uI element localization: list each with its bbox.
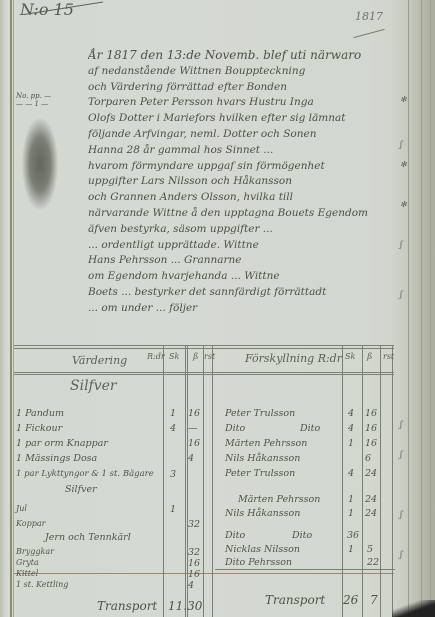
- margin-note: No. pp. — — — 1 —: [16, 92, 51, 108]
- value-rdr: 1: [170, 408, 176, 419]
- body-line: Ǻr 1817 den 13:de Novemb. blef uti närwa…: [88, 48, 396, 64]
- value-ss: 22: [367, 557, 379, 568]
- value-sk: 1: [348, 544, 354, 555]
- header-sk: Sk: [169, 352, 179, 361]
- margin-note-line: — — 1 —: [16, 100, 51, 108]
- body-line: ... om under ... följer: [88, 301, 396, 317]
- body-line: Olofs Dotter i Mariefors hvilken efter s…: [88, 111, 396, 127]
- page-shadow: [392, 600, 435, 617]
- margin-mark: ʃ: [400, 290, 402, 299]
- person-name: Märten Pehrsson: [225, 438, 307, 449]
- header-rst: rst: [204, 352, 215, 361]
- value-ss: 24: [365, 494, 377, 505]
- person-name: Märten Pehrsson: [238, 494, 320, 505]
- table-rule: [14, 345, 394, 346]
- binding-line: [13, 0, 14, 617]
- person-name: Nils Håkansson: [225, 508, 300, 519]
- body-line: närvarande Wittne å den upptagna Bouets …: [88, 206, 396, 222]
- person-name: Dito: [225, 423, 245, 434]
- transport-rdr: 26: [343, 593, 358, 607]
- margin-mark: ʃ: [400, 550, 402, 559]
- item-name: Koppar: [16, 519, 45, 528]
- margin-note-line: No. pp. —: [16, 92, 51, 100]
- value-sk: 36: [347, 530, 359, 541]
- column-rule: [342, 345, 343, 617]
- column-rule: [212, 345, 213, 617]
- person-name-ditto: Dito: [300, 423, 320, 434]
- transport-label: Transport: [97, 599, 157, 613]
- person-name: Peter Trulsson: [225, 468, 295, 479]
- item-name: 1 par Lykttyngor & 1 st. Bägare: [16, 469, 154, 479]
- table-rule: [14, 372, 394, 373]
- margin-mark: ✻: [400, 95, 407, 104]
- margin-mark: ✻: [400, 160, 407, 169]
- column-rule: [362, 345, 363, 617]
- item-name: Jern och Tennkärl: [45, 532, 131, 543]
- header-forskyllning: Förskyllning R:dr: [245, 352, 342, 365]
- value-sk: 4: [188, 453, 194, 464]
- item-name: 1 Fickour: [16, 423, 62, 434]
- value-rdr: 4: [170, 423, 176, 434]
- body-line: om Egendom hvarjehanda ... Wittne: [88, 269, 396, 285]
- year-stamp: 1817: [355, 10, 383, 23]
- body-line: och Värdering förrättad efter Bonden: [88, 80, 396, 96]
- column-rule: [392, 345, 393, 617]
- person-name: Peter Trulsson: [225, 408, 295, 419]
- year-underline: [353, 29, 384, 38]
- value-sk: 16: [188, 408, 200, 419]
- body-line: följande Arfvingar, neml. Dotter och Son…: [88, 127, 396, 143]
- value-sk: 4: [348, 468, 354, 479]
- person-name: Nils Håkansson: [225, 453, 300, 464]
- header-rdr: R:dr: [147, 352, 165, 361]
- item-name: Bryggkar: [16, 547, 54, 556]
- value-sk: 1: [348, 508, 354, 519]
- item-name: 1 par orm Knappar: [16, 438, 108, 449]
- document-page: N:o 15 1817 No. pp. — — — 1 — Ǻr 1817 de…: [0, 0, 435, 617]
- transport-label: Transport: [265, 593, 325, 607]
- binding-line: [10, 0, 12, 617]
- value-sk: 32: [188, 519, 200, 530]
- value-ss: 16: [365, 423, 377, 434]
- section-title-silfver: Silfver: [70, 378, 117, 394]
- wax-seal-icon: [22, 118, 58, 210]
- person-name: Dito: [225, 530, 245, 541]
- item-name: Jul: [16, 504, 27, 513]
- header-sk: Sk: [345, 352, 355, 361]
- column-rule: [163, 345, 164, 617]
- value-rdr: 3: [170, 469, 176, 480]
- body-line: uppgifter Lars Nilsson och Håkansson: [88, 174, 396, 190]
- header-rst: rst: [383, 352, 394, 361]
- value-ss: 5: [367, 544, 373, 555]
- page-edge-line: [430, 0, 431, 617]
- body-line: af nedanstående Wittnen Bouppteckning: [88, 64, 396, 80]
- body-line: Boets ... bestyrker det sannfärdigt förr…: [88, 285, 396, 301]
- body-line: äfven bestyrka, säsom uppgifter ...: [88, 222, 396, 238]
- transport-sk: 7: [370, 593, 378, 607]
- margin-mark: ʃ: [400, 420, 402, 429]
- value-sk: 16: [188, 558, 200, 569]
- header-ss: ß: [367, 352, 372, 361]
- page-edge-stack: [393, 0, 435, 617]
- body-line: ... ordentligt upprättade. Wittne: [88, 238, 396, 254]
- page-edge-line: [408, 0, 409, 617]
- item-name: 1 Mässings Dosa: [16, 453, 97, 464]
- value-ss: 24: [365, 468, 377, 479]
- body-line: och Grannen Anders Olsson, hvilka till: [88, 190, 396, 206]
- value-ss: 16: [365, 438, 377, 449]
- margin-mark: ʃ: [400, 450, 402, 459]
- value-sk: —: [188, 423, 198, 434]
- margin-mark: ✻: [400, 200, 407, 209]
- person-name: Dito Pehrsson: [225, 557, 292, 568]
- value-ss: 16: [365, 408, 377, 419]
- value-sk: 32: [188, 547, 200, 558]
- value-rdr: 1: [170, 504, 176, 515]
- table-rule: [14, 573, 394, 574]
- transport-value: 11.30: [168, 599, 202, 613]
- value-sk: 1: [348, 438, 354, 449]
- column-rule: [380, 345, 381, 617]
- body-line: Hanna 28 år gammal hos Sinnet ...: [88, 143, 396, 159]
- table-rule: [14, 374, 394, 375]
- value-ss: 6: [365, 453, 371, 464]
- item-name: 1 st. Kettling: [16, 580, 68, 589]
- value-sk: 1: [348, 494, 354, 505]
- value-sk: 4: [348, 423, 354, 434]
- body-line: Torparen Peter Persson hvars Hustru Inga: [88, 95, 396, 111]
- item-name: Kittel: [16, 569, 38, 578]
- body-line: hvarom förmyndare uppgaf sin förmögenhet: [88, 159, 396, 175]
- header-vardering: Värdering: [72, 354, 127, 367]
- body-text: Ǻr 1817 den 13:de Novemb. blef uti närwa…: [88, 48, 396, 317]
- value-ss: 24: [365, 508, 377, 519]
- value-sk: 16: [188, 569, 200, 580]
- margin-mark: ʃ: [400, 240, 402, 249]
- header-ss: ß: [193, 352, 198, 361]
- table-rule: [215, 569, 395, 570]
- value-sk: 16: [188, 438, 200, 449]
- item-name: 1 Pandum: [16, 408, 64, 419]
- table-rule: [14, 348, 394, 349]
- margin-mark: ʃ: [400, 140, 402, 149]
- person-name-ditto: Dito: [292, 530, 312, 541]
- margin-mark: ʃ: [400, 510, 402, 519]
- value-sk: 4: [348, 408, 354, 419]
- item-name: Silfver: [65, 484, 97, 495]
- page-edge-line: [421, 0, 422, 617]
- value-sk: 4: [188, 580, 194, 591]
- column-rule: [185, 345, 186, 617]
- body-line: Hans Pehrsson ... Grannarne: [88, 253, 396, 269]
- item-name: Gryta: [16, 558, 39, 567]
- person-name: Nicklas Nilsson: [225, 544, 300, 555]
- column-rule: [203, 345, 204, 617]
